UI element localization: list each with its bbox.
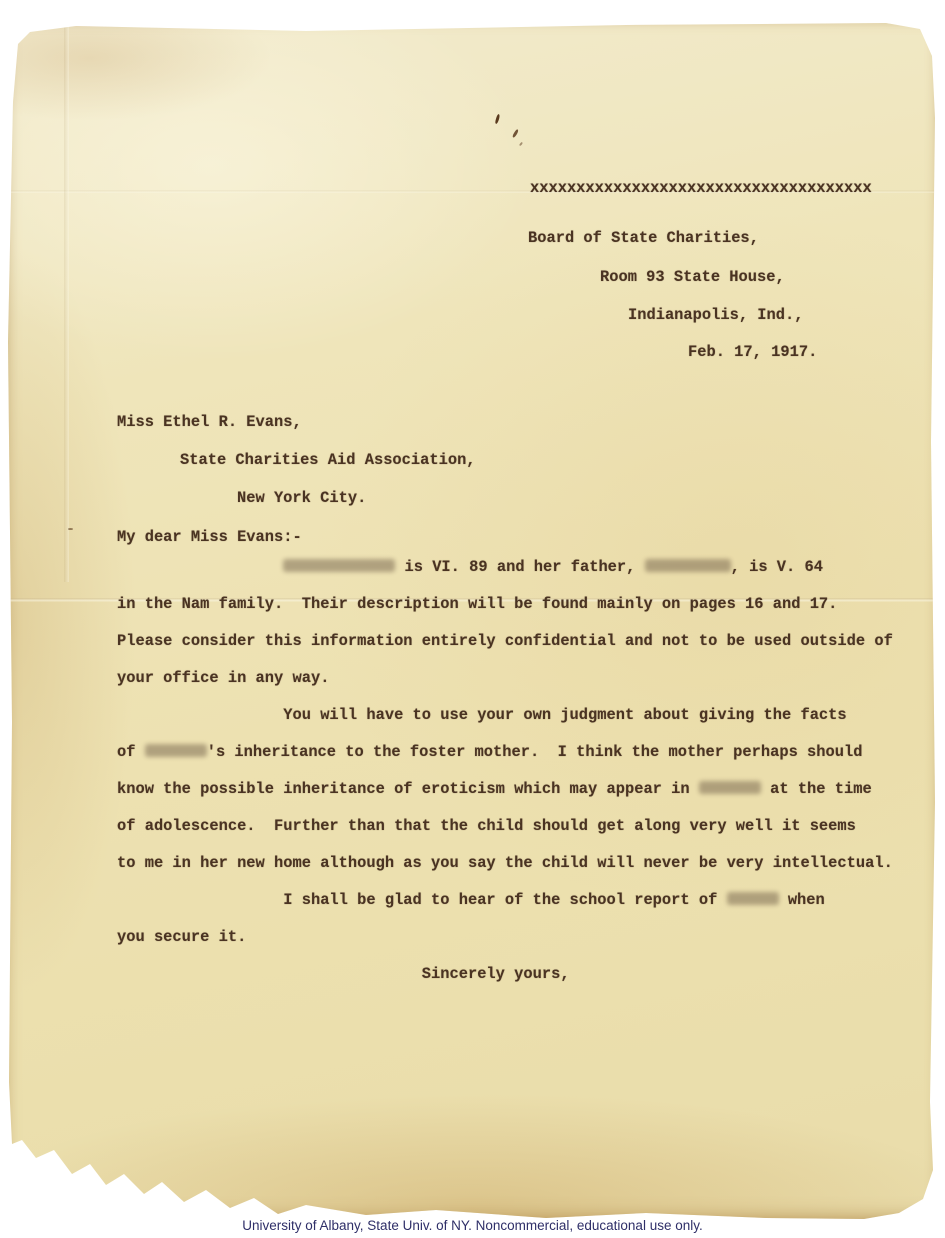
typed-x-rule: xxxxxxxxxxxxxxxxxxxxxxxxxxxxxxxxxxxxx	[530, 179, 872, 197]
sender-city: Indianapolis, Ind.,	[628, 306, 803, 324]
body-line: to me in her new home although as you sa…	[117, 854, 893, 872]
body-line: You will have to use your own judgment a…	[117, 706, 847, 724]
body-line: of 's inheritance to the foster mother. …	[117, 743, 862, 761]
ink-mark	[495, 114, 501, 124]
fold-crease	[64, 22, 69, 582]
redacted-name	[145, 744, 207, 757]
recipient-city: New York City.	[237, 489, 366, 507]
letter-paper: xxxxxxxxxxxxxxxxxxxxxxxxxxxxxxxxxxxxx Bo…	[6, 22, 938, 1220]
letter-date: Feb. 17, 1917.	[688, 343, 817, 361]
sender-org: Board of State Charities,	[528, 229, 759, 247]
body-line: of adolescence. Further than that the ch…	[117, 817, 856, 835]
sender-room: Room 93 State House,	[600, 268, 785, 286]
body-text: know the possible inheritance of erotici…	[117, 780, 699, 798]
body-text: of	[117, 743, 145, 761]
body-text: when	[779, 891, 825, 909]
body-line: your office in any way.	[117, 669, 329, 687]
body-text: I shall be glad to hear of the school re…	[117, 891, 727, 909]
indent	[117, 558, 283, 576]
body-line: in the Nam family. Their description wil…	[117, 595, 837, 613]
body-text: at the time	[761, 780, 872, 798]
footer-attribution: University of Albany, State Univ. of NY.…	[0, 1216, 945, 1238]
recipient-org: State Charities Aid Association,	[180, 451, 476, 469]
body-line: know the possible inheritance of erotici…	[117, 780, 872, 798]
ink-mark	[512, 129, 519, 138]
ink-mark	[68, 528, 73, 530]
ink-mark	[519, 142, 523, 146]
closing-line: Sincerely yours,	[117, 965, 570, 983]
body-text: , is V. 64	[731, 558, 823, 576]
body-text: is VI. 89 and her father,	[395, 558, 644, 576]
body-line: is VI. 89 and her father, , is V. 64	[117, 558, 823, 576]
redacted-name	[283, 559, 395, 572]
salutation: My dear Miss Evans:-	[117, 528, 302, 546]
redacted-name	[699, 781, 761, 794]
scanned-letter-page: xxxxxxxxxxxxxxxxxxxxxxxxxxxxxxxxxxxxx Bo…	[0, 0, 945, 1238]
recipient-name: Miss Ethel R. Evans,	[117, 413, 302, 431]
body-text: 's inheritance to the foster mother. I t…	[207, 743, 863, 761]
body-line: I shall be glad to hear of the school re…	[117, 891, 825, 909]
redacted-name	[645, 559, 731, 572]
redacted-name	[727, 892, 779, 905]
body-line: you secure it.	[117, 928, 246, 946]
body-line: Please consider this information entirel…	[117, 632, 893, 650]
